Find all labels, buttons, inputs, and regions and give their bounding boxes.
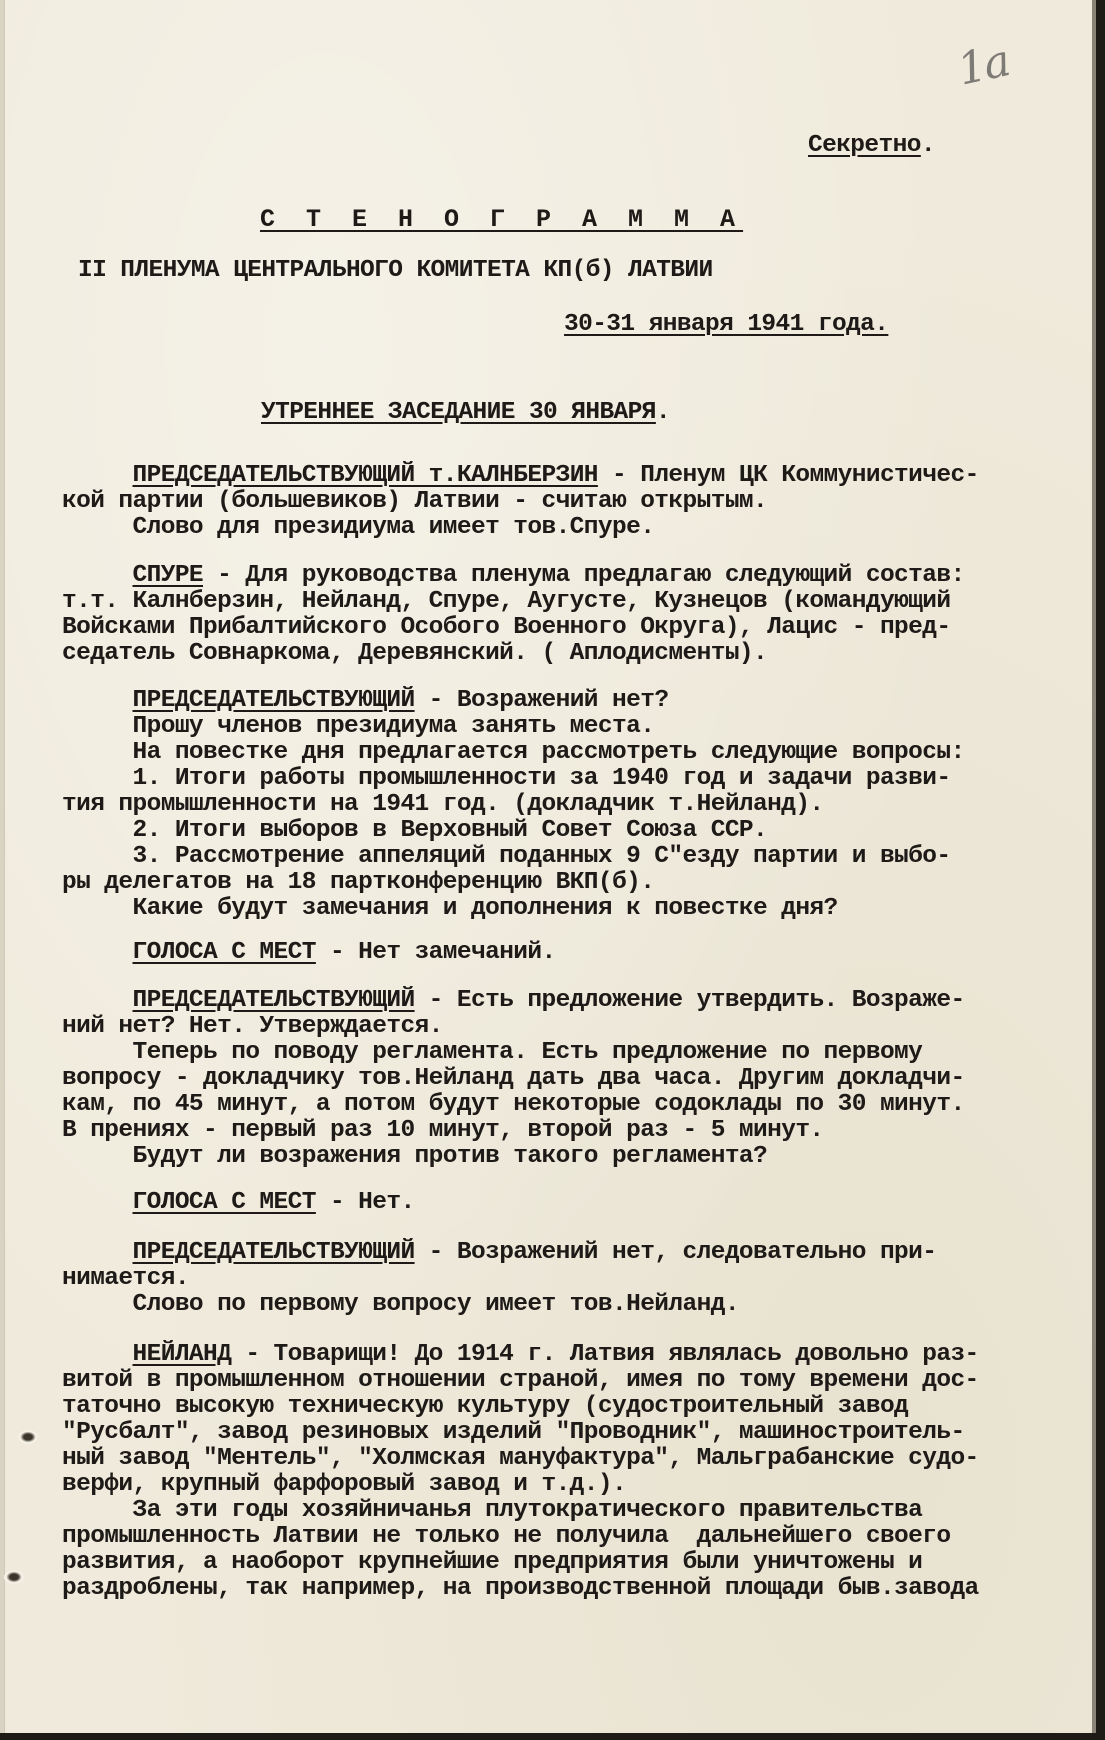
session-heading: УТРЕННЕЕ ЗАСЕДАНИЕ 30 ЯНВАРЯ. [261,400,670,426]
speaker-name: НЕЙЛАНД [133,1341,232,1368]
speaker-name: ПРЕДСЕДАТЕЛЬСТВУЮЩИЙ [133,987,415,1014]
transcript-block: ПРЕДСЕДАТЕЛЬСТВУЮЩИЙ т.КАЛНБЕРЗИН - Плен… [62,463,979,541]
speaker-name: СПУРЕ [133,562,204,589]
document-title: С Т Е Н О Г Р А М М А [260,207,743,233]
document-page: 1a Секретно. С Т Е Н О Г Р А М М А II ПЛ… [0,0,1096,1733]
transcript-block: НЕЙЛАНД - Товарищи! До 1914 г. Латвия яв… [62,1342,979,1602]
speaker-name: ПРЕДСЕДАТЕЛЬСТВУЮЩИЙ [133,1239,415,1266]
transcript-block: ГОЛОСА С МЕСТ - Нет замечаний. [62,940,556,966]
speaker-name: ПРЕДСЕДАТЕЛЬСТВУЮЩИЙ [133,687,415,714]
punch-hole [4,1570,24,1584]
handwritten-page-mark: 1a [953,35,1013,95]
transcript-block: ГОЛОСА С МЕСТ - Нет. [62,1190,415,1216]
transcript-block: ПРЕДСЕДАТЕЛЬСТВУЮЩИЙ - Есть предложение … [62,988,965,1170]
speaker-name: ГОЛОСА С МЕСТ [133,939,316,966]
document-subtitle: II ПЛЕНУМА ЦЕНТРАЛЬНОГО КОМИТЕТА КП(б) Л… [78,258,713,284]
transcript-block: ПРЕДСЕДАТЕЛЬСТВУЮЩИЙ - Возражений нет? П… [62,688,965,922]
transcript-block: СПУРЕ - Для руководства пленума предлага… [62,563,965,667]
punch-hole [18,1430,38,1444]
speaker-name: ГОЛОСА С МЕСТ [133,1189,316,1216]
document-date: 30-31 января 1941 года. [564,312,888,338]
binding-edge [4,0,5,1733]
classification-stamp: Секретно. [808,133,935,159]
transcript-block: ПРЕДСЕДАТЕЛЬСТВУЮЩИЙ - Возражений нет, с… [62,1240,936,1318]
speaker-name: ПРЕДСЕДАТЕЛЬСТВУЮЩИЙ т.КАЛНБЕРЗИН [133,462,598,489]
